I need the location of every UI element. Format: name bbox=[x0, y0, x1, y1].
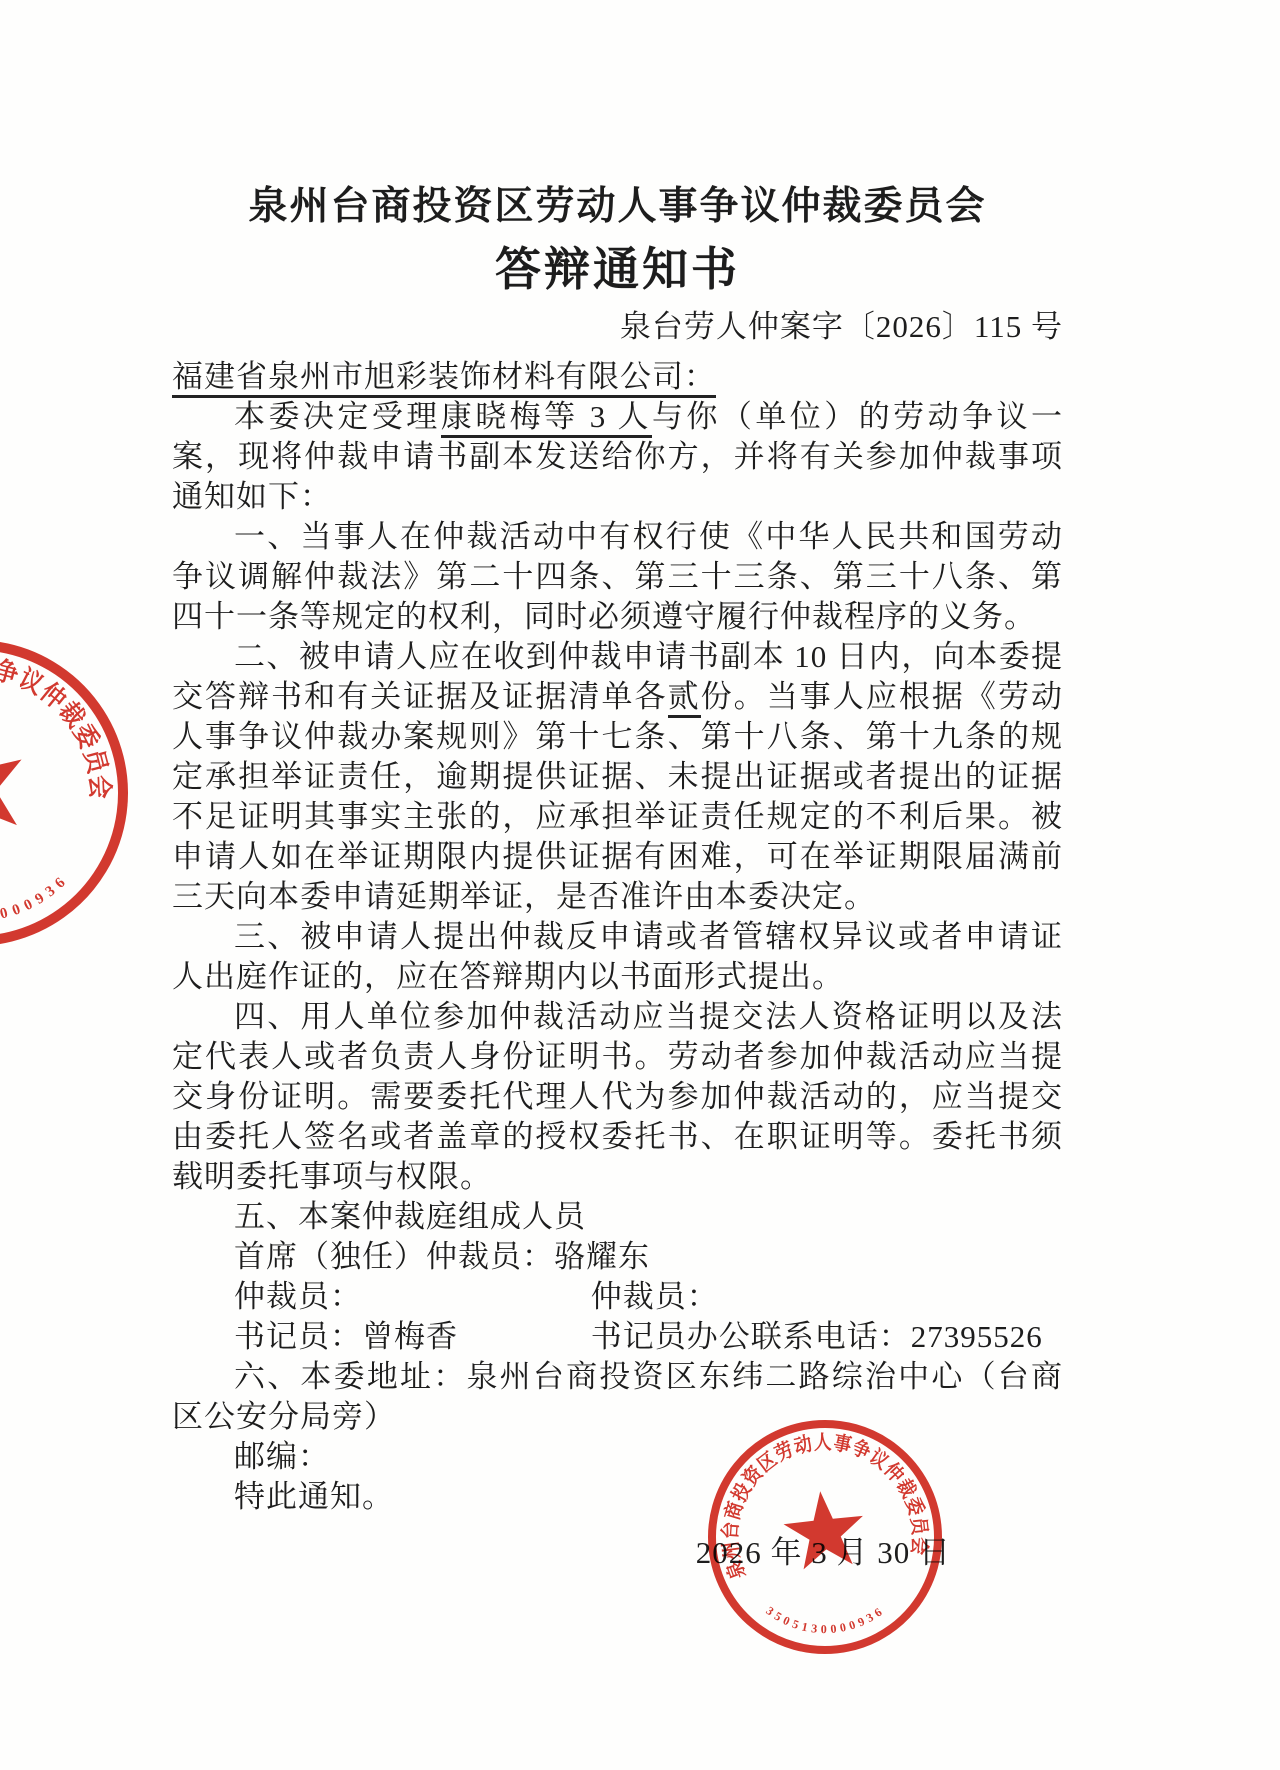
item2-post: 份。当事人应根据《劳动人事争议仲裁办案规则》第十七条、第十八条、第十九条的规定承… bbox=[172, 679, 1063, 914]
star-icon bbox=[0, 722, 37, 846]
seal-code: 3505130000936 bbox=[0, 857, 75, 944]
copies-count: 贰 bbox=[668, 679, 701, 718]
clerk-phone: 书记员办公联系电话：27395526 bbox=[591, 1317, 1063, 1357]
clerk-line: 书记员：曾梅香 书记员办公联系电话：27395526 bbox=[172, 1317, 1063, 1357]
document-page: 泉州台商投资区劳动人事争议仲裁委员会 3505130000936 泉州台商投资区… bbox=[0, 0, 1280, 1770]
svg-text:3505130000936: 3505130000936 bbox=[762, 1592, 887, 1643]
seal-ring bbox=[0, 614, 154, 973]
official-seal-partial: 泉州台商投资区劳动人事争议仲裁委员会 3505130000936 bbox=[0, 599, 169, 987]
paragraph-item-5: 五、本案仲裁庭组成人员 bbox=[172, 1197, 1063, 1237]
paragraph-item-3: 三、被申请人提出仲裁反申请或者管辖权异议或者申请证人出庭作证的，应在答辩期内以书… bbox=[172, 917, 1063, 997]
clerk-name: 书记员：曾梅香 bbox=[172, 1317, 591, 1357]
postcode-line: 邮编： bbox=[172, 1437, 1063, 1477]
arbitrators-line: 仲裁员： 仲裁员： bbox=[172, 1277, 1063, 1317]
issue-date: 2026 年 3 月 30 日 bbox=[172, 1533, 1063, 1573]
recipient-company: 福建省泉州市旭彩装饰材料有限公司： bbox=[172, 359, 716, 398]
committee-title: 泉州台商投资区劳动人事争议仲裁委员会 bbox=[172, 183, 1063, 232]
paragraph-item-2: 二、被申请人应在收到仲裁申请书副本 10 日内，向本委提交答辩书和有关证据及证据… bbox=[172, 637, 1063, 917]
paragraph-item-4: 四、用人单位参加仲裁活动应当提交法人资格证明以及法定代表人或者负责人身份证明书。… bbox=[172, 997, 1063, 1197]
seal-code: 3505130000936 bbox=[762, 1592, 887, 1643]
arbitrator-label-right: 仲裁员： bbox=[591, 1277, 1063, 1317]
seal-ring-text: 泉州台商投资区劳动人事争议仲裁委员会 bbox=[0, 624, 121, 871]
closing-line: 特此通知。 bbox=[172, 1477, 1063, 1517]
applicant-names: 康晓梅等 3 人 bbox=[441, 399, 652, 438]
case-number: 泉台劳人仲案字〔2026〕115 号 bbox=[172, 305, 1063, 349]
svg-text:3505130000936: 3505130000936 bbox=[0, 857, 75, 944]
paragraph-item-6: 六、本委地址：泉州台商投资区东纬二路综治中心（台商区公安分局旁） bbox=[172, 1357, 1063, 1437]
doc-type-title: 答辩通知书 bbox=[172, 242, 1063, 297]
chief-arbitrator-line: 首席（独任）仲裁员：骆耀东 bbox=[172, 1237, 1063, 1277]
arbitrator-label-left: 仲裁员： bbox=[172, 1277, 591, 1317]
document-body: 泉州台商投资区劳动人事争议仲裁委员会 答辩通知书 泉台劳人仲案字〔2026〕11… bbox=[172, 183, 1063, 1573]
svg-text:泉州台商投资区劳动人事争议仲裁委员会: 泉州台商投资区劳动人事争议仲裁委员会 bbox=[0, 624, 121, 871]
paragraph-item-1: 一、当事人在仲裁活动中有权行使《中华人民共和国劳动争议调解仲裁法》第二十四条、第… bbox=[172, 517, 1063, 637]
intro-pre: 本委决定受理 bbox=[234, 399, 441, 434]
paragraph-intro: 本委决定受理康晓梅等 3 人与你（单位）的劳动争议一案，现将仲裁申请书副本发送给… bbox=[172, 397, 1063, 517]
recipient-line: 福建省泉州市旭彩装饰材料有限公司： bbox=[172, 357, 1063, 397]
